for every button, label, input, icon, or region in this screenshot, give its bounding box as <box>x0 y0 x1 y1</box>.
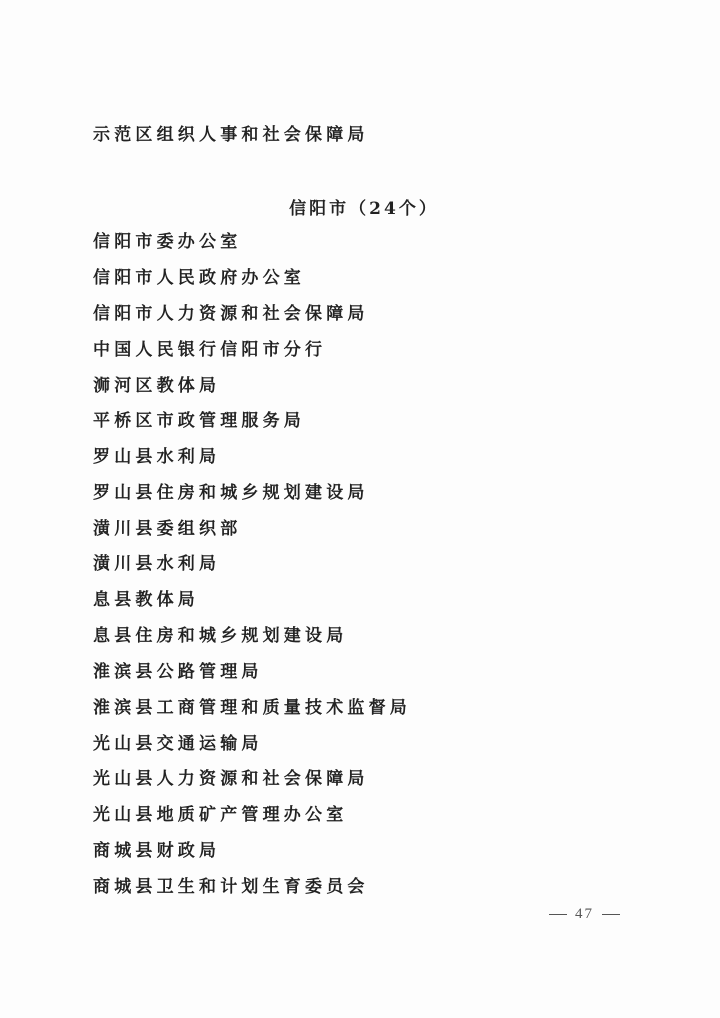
section-heading: 信阳市（24个） <box>0 194 720 219</box>
list-item: 淮滨县工商管理和质量技术监督局 <box>93 697 411 719</box>
list-item-top: 示范区组织人事和社会保障局 <box>93 124 369 146</box>
list-item: 中国人民银行信阳市分行 <box>93 339 326 361</box>
list-item: 信阳市人民政府办公室 <box>93 267 305 289</box>
list-item: 信阳市人力资源和社会保障局 <box>93 303 369 325</box>
section-heading-text: 信阳市（24个） <box>289 194 439 219</box>
list-item: 息县教体局 <box>93 589 199 611</box>
list-item: 淮滨县公路管理局 <box>93 661 263 683</box>
page-number-text: 47 <box>575 906 594 922</box>
dash-right <box>602 914 620 915</box>
list-item: 浉河区教体局 <box>93 375 220 397</box>
list-item: 光山县交通运输局 <box>93 733 263 755</box>
list-item: 罗山县住房和城乡规划建设局 <box>93 482 369 504</box>
dash-left <box>549 914 567 915</box>
list-item: 息县住房和城乡规划建设局 <box>93 625 347 647</box>
list-item: 潢川县委组织部 <box>93 518 241 540</box>
list-item: 信阳市委办公室 <box>93 231 241 253</box>
list-item: 光山县人力资源和社会保障局 <box>93 768 369 790</box>
list-item: 罗山县水利局 <box>93 446 220 468</box>
list-item: 商城县财政局 <box>93 840 220 862</box>
list-item: 潢川县水利局 <box>93 553 220 575</box>
list-item: 光山县地质矿产管理办公室 <box>93 804 347 826</box>
list-item: 商城县卫生和计划生育委员会 <box>93 876 369 898</box>
list-item: 平桥区市政管理服务局 <box>93 410 305 432</box>
page-number: 47 <box>541 906 628 923</box>
document-page: 示范区组织人事和社会保障局 信阳市（24个） 信阳市委办公室 信阳市人民政府办公… <box>0 0 720 1018</box>
